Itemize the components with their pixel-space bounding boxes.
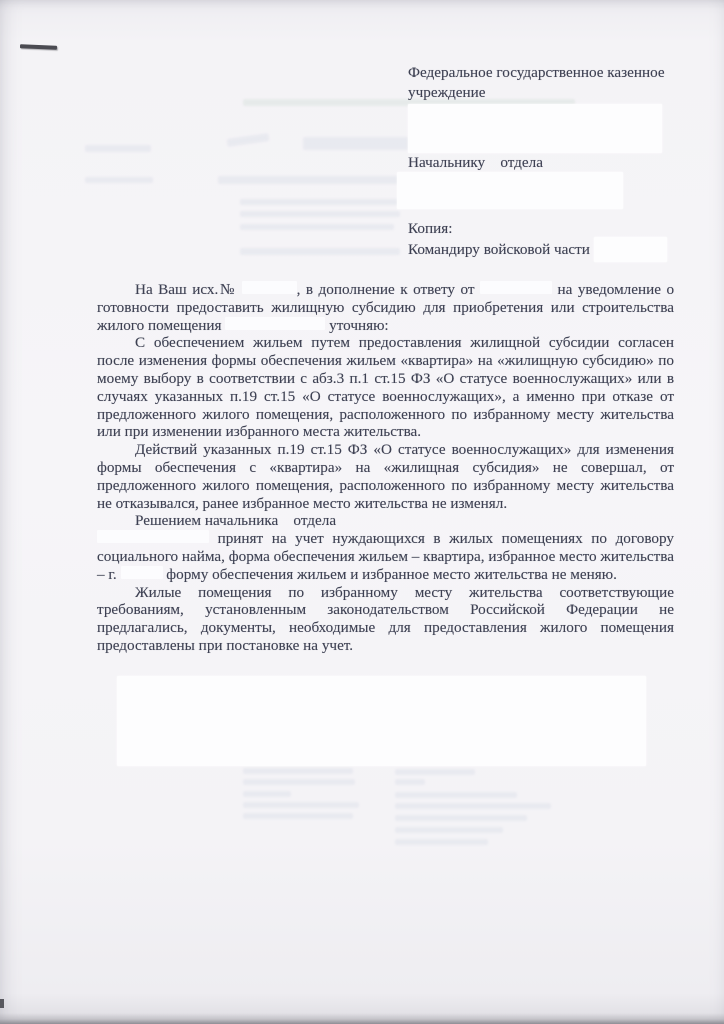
ghost-text-artifact <box>243 802 359 808</box>
redaction-box-org-details <box>408 104 662 153</box>
scan-corner-artifact <box>0 999 4 1008</box>
paragraph-housing-docs: Жилые помещения по избранному месту жите… <box>97 584 674 655</box>
recipient-line: Начальнику отдела <box>408 153 676 173</box>
inline-redaction <box>480 281 552 294</box>
ghost-text-artifact <box>395 779 425 785</box>
ghost-text-artifact <box>395 792 517 798</box>
intro-clarify: уточняю: <box>329 317 389 334</box>
scanned-letter-page: Федеральное государственное казенное учр… <box>0 0 724 1024</box>
ghost-text-artifact <box>85 177 153 183</box>
ghost-text-artifact <box>240 211 400 217</box>
redaction-box-signature <box>117 676 646 766</box>
org-name: Федеральное государственное казенное учр… <box>408 63 676 102</box>
paragraph-decision: принят на учет нуждающихся в жилых помещ… <box>97 530 674 583</box>
inline-redaction <box>97 530 209 543</box>
city-prefix: г. <box>108 566 116 583</box>
ghost-text-artifact <box>395 815 527 821</box>
ghost-text-artifact <box>243 768 353 774</box>
paragraph-subsidy-consent: С обеспечением жильем путем предоставлен… <box>97 334 674 441</box>
ghost-text-artifact <box>240 199 400 205</box>
copy-label: Копия: <box>408 219 676 239</box>
paragraph-decision-lead: Решением начальника отдела <box>97 512 674 530</box>
ghost-text-artifact <box>243 779 355 785</box>
ghost-text-artifact <box>227 133 270 147</box>
intro-ref: На Ваш исх.№ <box>135 281 236 298</box>
intro-continuation: , в дополнение к ответу от <box>297 281 475 298</box>
ghost-text-artifact <box>243 813 353 819</box>
ghost-text-artifact <box>240 248 400 255</box>
pen-mark <box>20 44 57 50</box>
ghost-text-artifact <box>243 791 291 797</box>
ghost-text-artifact <box>303 137 409 150</box>
inline-redaction <box>121 566 163 579</box>
ghost-text-artifact <box>395 827 503 833</box>
ghost-text-artifact <box>240 224 394 230</box>
ghost-text-artifact <box>395 769 475 775</box>
ghost-text-artifact <box>85 145 151 152</box>
scan-bottom-edge <box>0 1013 724 1024</box>
letter-body: На Ваш исх.№ , в дополнение к ответу от … <box>97 281 674 655</box>
ghost-text-artifact <box>395 803 551 809</box>
inline-redaction <box>225 317 325 330</box>
redaction-box-recipient-name <box>397 172 623 209</box>
copy-recipient: Командиру войсковой части <box>408 240 676 260</box>
ghost-text-artifact <box>218 176 404 184</box>
paragraph-no-actions: Действий указанных п.19 ст.15 ФЗ «О стат… <box>97 441 674 512</box>
decision-tail: форму обеспечения жильем и избранное мес… <box>166 566 617 583</box>
paragraph-intro: На Ваш исх.№ , в дополнение к ответу от … <box>97 281 674 334</box>
ghost-text-artifact <box>395 839 488 845</box>
inline-redaction <box>242 281 297 294</box>
